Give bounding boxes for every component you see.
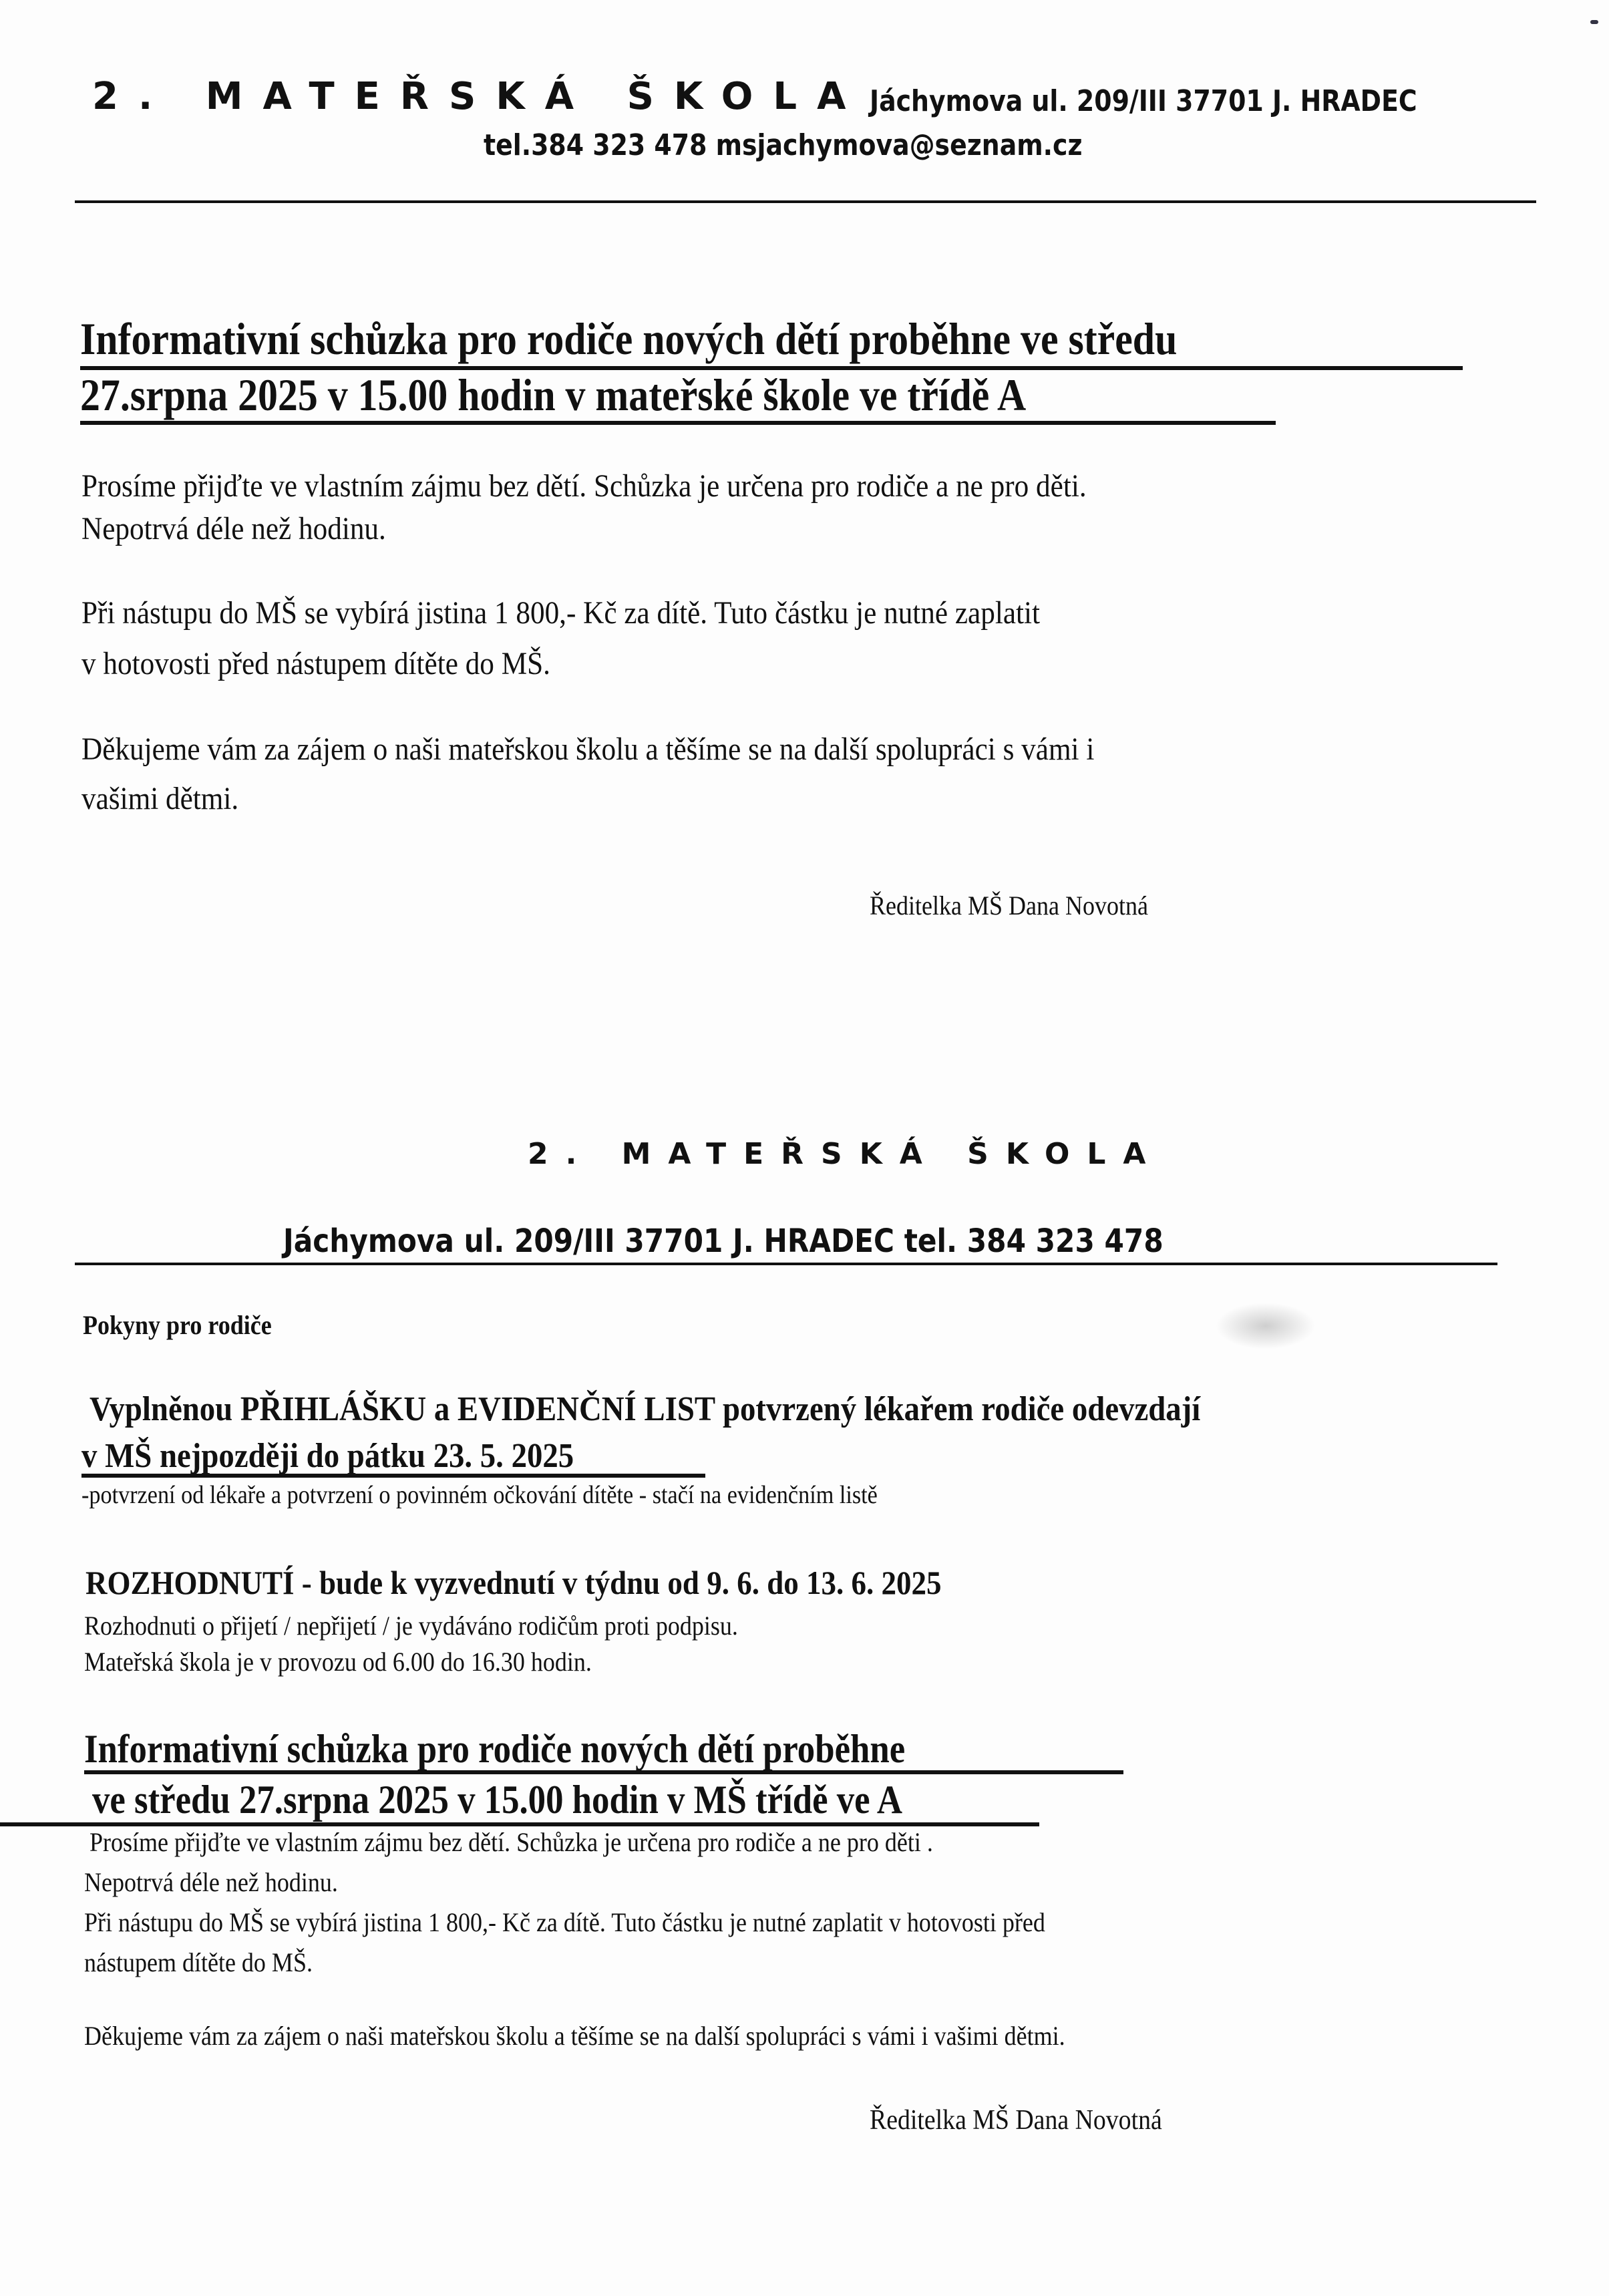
meeting-title-line-1: Informativní schůzka pro rodiče nových d… (84, 1726, 905, 1772)
school-name-letterhead: 2. MATEŘSKÁ ŠKOLA (528, 1137, 1163, 1171)
notice-paragraph-text: Nepotrvá déle než hodinu. (81, 510, 386, 547)
school-contact: tel.384 323 478 msjachymova@seznam.cz (484, 128, 1082, 162)
notice-paragraph-text: Při nástupu do MŠ se vybírá jistina 1 80… (81, 595, 1040, 631)
application-deadline: v MŠ nejpozději do pátku 23. 5. 2025 (81, 1436, 574, 1476)
deadline-underline (81, 1474, 705, 1478)
instructions-heading: Pokyny pro rodiče (83, 1309, 272, 1341)
notice-paragraph-text: v hotovosti před nástupem dítěte do MŠ. (81, 645, 550, 682)
meeting-text: Prosíme přijďte ve vlastním zájmu bez dě… (90, 1826, 933, 1858)
notice-title-line-2: 27.srpna 2025 v 15.00 hodin v mateřské š… (80, 369, 1026, 422)
letterhead-divider (75, 1263, 1497, 1265)
application-title-line-1: Vyplněnou PŘIHLÁŠKU a EVIDENČNÍ LIST pot… (90, 1389, 1200, 1429)
decision-text: Rozhodnuti o přijetí / nepřijetí / je vy… (84, 1610, 738, 1641)
letterhead-divider (75, 200, 1536, 203)
notice-title-line-1: Informativní schůzka pro rodiče nových d… (80, 313, 1177, 365)
application-note: -potvrzení od lékaře a potvrzení o povin… (81, 1480, 878, 1510)
meeting-title-line-2: ve středu 27.srpna 2025 v 15.00 hodin v … (92, 1777, 902, 1823)
title-underline (80, 421, 1276, 425)
decision-title: ROZHODNUTÍ - bude k vyzvednutí v týdnu o… (85, 1563, 942, 1602)
school-address-phone: Jáchymova ul. 209/III 37701 J. HRADEC te… (283, 1222, 1164, 1260)
signature: Ředitelka MŠ Dana Novotná (870, 2104, 1162, 2136)
deposit-text: Při nástupu do MŠ se vybírá jistina 1 80… (84, 1907, 1045, 1938)
notice-paragraph-text: Prosíme přijďte ve vlastním zájmu bez dě… (81, 468, 1087, 504)
school-name-letterhead: 2. MATEŘSKÁ ŠKOLA (92, 75, 866, 118)
thanks-text: Děkujeme vám za zájem o naši mateřskou š… (84, 2020, 1065, 2052)
school-address: Jáchymova ul. 209/III 37701 J. HRADEC (870, 84, 1417, 118)
notice-paragraph-text: vašimi dětmi. (81, 780, 238, 817)
signature: Ředitelka MŠ Dana Novotná (870, 890, 1148, 921)
scan-corner-mark (1590, 20, 1598, 24)
opening-hours-text: Mateřská škola je v provozu od 6.00 do 1… (84, 1646, 592, 1677)
notice-paragraph-text: Děkujeme vám za zájem o naši mateřskou š… (81, 731, 1094, 768)
scan-artifact (1216, 1303, 1316, 1349)
deposit-text: nástupem dítěte do MŠ. (84, 1947, 313, 1978)
meeting-text: Nepotrvá déle než hodinu. (84, 1866, 338, 1898)
title-underline (84, 1770, 1123, 1774)
